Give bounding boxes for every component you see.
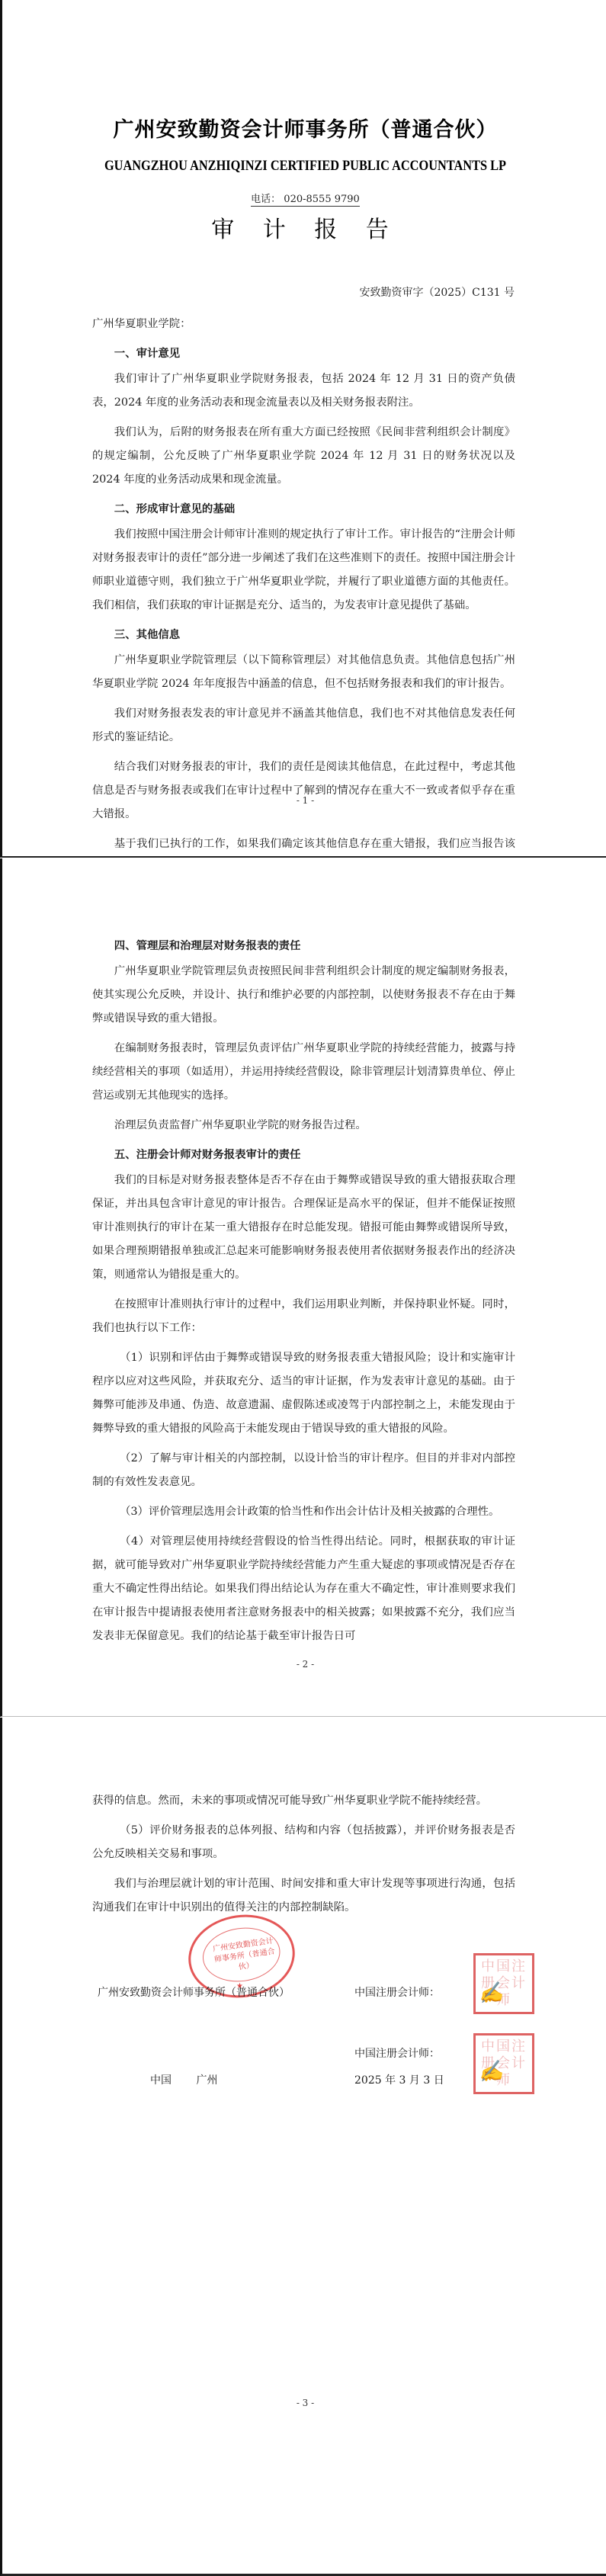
- paragraph: 在编制财务报表时，管理层负责评估广州华夏职业学院的持续经营能力，披露与持续经营相…: [92, 1037, 515, 1108]
- paragraph: 我们按照中国注册会计师审计准则的规定执行了审计工作。审计报告的“注册会计师对财务…: [92, 523, 515, 618]
- handwritten-signature-icon: ✍: [478, 2059, 505, 2084]
- paragraph: 在按照审计准则执行审计的过程中，我们运用职业判断，并保持职业怀疑。同时，我们也执…: [92, 1293, 515, 1340]
- paragraph: 广州华夏职业学院管理层负责按照民间非营利组织会计制度的规定编制财务报表，使其实现…: [92, 960, 515, 1031]
- page-number: - 2 -: [2, 1659, 606, 1670]
- paragraph: 我们审计了广州华夏职业学院财务报表，包括 2024 年 12 月 31 日的资产…: [92, 367, 515, 415]
- page-3-body: 获得的信息。然而，未来的事项或情况可能导致广州华夏职业学院不能持续经营。 （5）…: [92, 1789, 515, 1926]
- signing-date: 2025 年 3 月 3 日: [354, 2072, 444, 2087]
- addressee: 广州华夏职业学院：: [92, 313, 515, 336]
- section-heading-auditor-responsibility: 五、注册会计师对财务报表审计的责任: [92, 1144, 515, 1167]
- paragraph: 我们与治理层就计划的审计范围、时间安排和重大审计发现等事项进行沟通，包括沟通我们…: [92, 1872, 515, 1920]
- firm-name-en: GUANGZHOU ANZHIQINZI CERTIFIED PUBLIC AC…: [45, 158, 566, 175]
- reference-number: 安致勤资审字（2025）C131 号: [359, 284, 515, 300]
- list-item-4: （4）对管理层使用持续经营假设的恰当性得出结论。同时，根据获取的审计证据，就可能…: [92, 1530, 515, 1648]
- section-heading-other-info: 三、其他信息: [92, 624, 515, 647]
- phone-text: 电话： 020-8555 9790: [251, 194, 360, 207]
- page-3: 获得的信息。然而，未来的事项或情况可能导致广州华夏职业学院不能持续经营。 （5）…: [0, 1718, 606, 2576]
- signing-place: 中国 广州: [150, 2072, 217, 2087]
- cpa-label-2: 中国注册会计师：: [354, 2045, 440, 2061]
- list-item-3: （3）评价管理层选用会计政策的恰当性和作出会计估计及相关披露的合理性。: [92, 1500, 515, 1524]
- page-2-body: 四、管理层和治理层对财务报表的责任 广州华夏职业学院管理层负责按照民间非营利组织…: [92, 935, 515, 1654]
- paragraph: 治理层负责监督广州华夏职业学院的财务报告过程。: [92, 1114, 515, 1137]
- page-1: 广州安致勤资会计师事务所（普通合伙） GUANGZHOU ANZHIQINZI …: [0, 0, 606, 858]
- firm-name-cn: 广州安致勤资会计师事务所（普通合伙）: [2, 113, 606, 143]
- list-item-5: （5）评价财务报表的总体列报、结构和内容（包括披露），并评价财务报表是否公允反映…: [92, 1819, 515, 1866]
- paragraph: 我们对财务报表发表的审计意见并不涵盖其他信息，我们也不对其他信息发表任何形式的鉴…: [92, 702, 515, 749]
- paragraph: 我们认为，后附的财务报表在所有重大方面已经按照《民间非营利组织会计制度》的规定编…: [92, 421, 515, 492]
- paragraph: 广州华夏职业学院管理层（以下简称管理层）对其他信息负责。其他信息包括广州华夏职业…: [92, 649, 515, 696]
- paragraph: 我们的目标是对财务报表整体是否不存在由于舞弊或错误导致的重大错报获取合理保证，并…: [92, 1169, 515, 1287]
- firm-phone: 电话： 020-8555 9790: [2, 191, 606, 205]
- handwritten-signature-icon: ✍: [478, 1981, 505, 2006]
- cpa-label-1: 中国注册会计师：: [354, 1984, 440, 2000]
- signing-firm: 广州安致勤资会计师事务所（普通合伙）: [98, 1984, 290, 2000]
- paragraph: 结合我们对财务报表的审计，我们的责任是阅读其他信息，在此过程中，考虑其他信息是否…: [92, 755, 515, 826]
- list-item-1: （1）识别和评估由于舞弊或错误导致的财务报表重大错报风险；设计和实施审计程序以应…: [92, 1346, 515, 1441]
- list-item-2: （2）了解与审计相关的内部控制，以设计恰当的审计程序。但目的并非对内部控制的有效…: [92, 1447, 515, 1494]
- section-heading-audit-opinion: 一、审计意见: [92, 342, 515, 366]
- section-heading-management-responsibility: 四、管理层和治理层对财务报表的责任: [92, 935, 515, 958]
- page-number: - 1 -: [2, 795, 606, 806]
- page-2: 四、管理层和治理层对财务报表的责任 广州华夏职业学院管理层负责按照民间非营利组织…: [0, 858, 606, 1717]
- page-number: - 3 -: [2, 2398, 606, 2408]
- report-title: 审 计 报 告: [2, 210, 606, 244]
- section-heading-basis: 二、形成审计意见的基础: [92, 498, 515, 521]
- paragraph-continued: 获得的信息。然而，未来的事项或情况可能导致广州华夏职业学院不能持续经营。: [92, 1789, 515, 1813]
